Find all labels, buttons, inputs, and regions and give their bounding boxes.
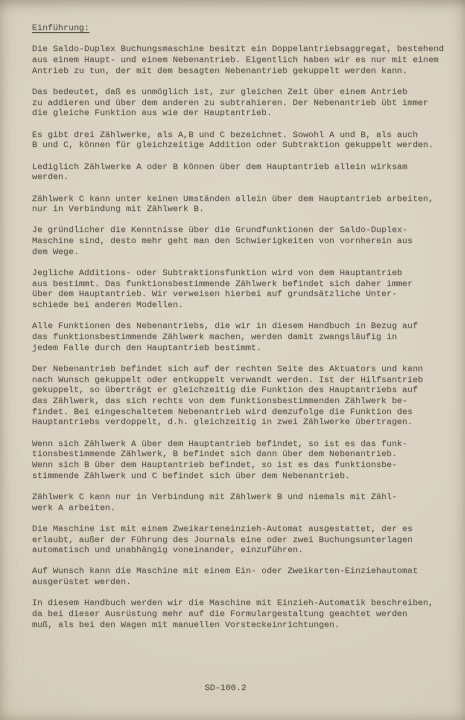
paragraph-4: Lediglich Zählwerke A oder B können über… [32, 162, 449, 183]
paragraph-7: Jegliche Additions- oder Subtraktionsfun… [32, 268, 449, 311]
section-heading: Einführung: [32, 23, 449, 34]
paragraph-8: Alle Funktionen des Nebenantriebs, die w… [32, 321, 449, 353]
paragraph-6: Je gründlicher die Kenntnisse über die G… [32, 225, 449, 257]
paragraph-3: Es gibt drei Zählwerke, als A,B und C be… [32, 130, 449, 151]
paragraph-9: Der Nebenantrieb befindet sich auf der r… [32, 364, 449, 428]
paragraph-14: In diesem Handbuch werden wir die Maschi… [32, 598, 449, 630]
paragraph-5: Zählwerk C kann unter keinen Umständen a… [32, 194, 449, 215]
page-number: SD-100.2 [0, 683, 458, 694]
paragraph-13: Auf Wunsch kann die Maschine mit einem E… [32, 566, 449, 587]
paragraph-2: Das bedeutet, daß es unmöglich ist, zur … [32, 87, 449, 119]
document-page: Einführung: Die Saldo-Duplex Buchungsmas… [0, 0, 465, 720]
paragraph-11: Zählwerk C kann nur in Verbindung mit Zä… [32, 492, 449, 513]
paragraph-12: Die Maschine ist mit einem Zweikartenein… [32, 524, 449, 556]
paragraph-10: Wenn sich Zählwerk A über dem Hauptantri… [32, 439, 449, 482]
paragraph-1: Die Saldo-Duplex Buchungsmaschine besitz… [32, 44, 449, 76]
